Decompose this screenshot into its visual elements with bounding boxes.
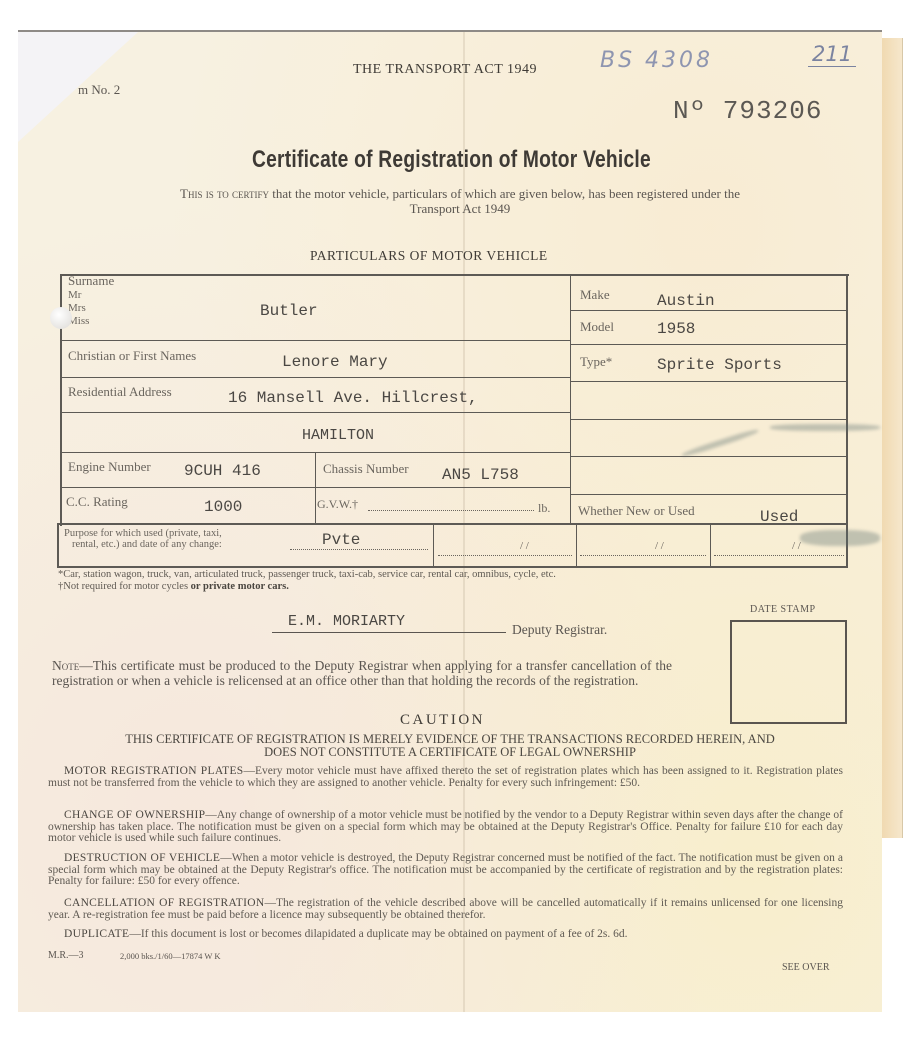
model-value: 1958 [657, 320, 695, 338]
document-title: Certificate of Registration of Motor Veh… [252, 146, 651, 174]
ink-smudge [800, 530, 880, 546]
purpose-label: Purpose for which used (private, taxi,re… [64, 528, 222, 550]
act-heading: THE TRANSPORT ACT 1949 [353, 62, 537, 78]
footnotes: *Car, station wagon, truck, van, articul… [58, 569, 556, 593]
address-label: Residential Address [68, 384, 172, 400]
cc-rating-value: 1000 [204, 498, 242, 516]
signature-line [272, 632, 506, 633]
note-text: —This certificate must be produced to th… [52, 658, 672, 688]
section-registration-plates: MOTOR REGISTRATION PLATES—Every motor ve… [48, 766, 843, 789]
caution-statement: THIS CERTIFICATE OF REGISTRATION IS MERE… [50, 733, 850, 758]
particulars-heading: PARTICULARS OF MOTOR VEHICLE [310, 248, 548, 264]
purpose-label-line1: Purpose for which used (private, taxi, [64, 528, 222, 539]
note-lead: Note [52, 658, 79, 673]
purpose-field [290, 549, 428, 550]
make-label: Make [580, 287, 610, 303]
print-run: 2,000 bks./1/60—17874 W K [120, 951, 221, 961]
first-names-label: Christian or First Names [68, 348, 196, 364]
address-line2-value: HAMILTON [302, 427, 374, 444]
chassis-number-value: AN5 L758 [442, 466, 519, 484]
type-label: Type* [580, 354, 612, 370]
certify-text: that the motor vehicle, particulars of w… [269, 186, 740, 216]
certify-lead: This is to certify [180, 186, 269, 201]
date-stamp-box [730, 620, 847, 724]
title-mr: Mr [68, 289, 81, 302]
registrar-title: Deputy Registrar. [512, 622, 607, 638]
new-or-used-label: Whether New or Used [578, 503, 695, 519]
footnote-gvw: †Not required for motor cycles or privat… [58, 581, 556, 593]
section-destruction: DESTRUCTION OF VEHICLE—When a motor vehi… [48, 853, 843, 888]
purpose-change-date-2: / / [655, 540, 664, 552]
section-cancellation: CANCELLATION OF REGISTRATION—The registr… [48, 898, 843, 921]
ink-smudge [770, 424, 880, 431]
cc-rating-label: C.C. Rating [66, 494, 128, 510]
gvw-field [368, 510, 534, 511]
serial-number: Nº 793206 [673, 96, 822, 126]
type-value: Sprite Sports [657, 356, 782, 374]
address-line1-value: 16 Mansell Ave. Hillcrest, [228, 389, 478, 407]
purpose-change-field-2 [580, 555, 706, 556]
gvw-unit: lb. [538, 501, 550, 516]
engine-number-label: Engine Number [68, 459, 151, 475]
purpose-change-date-1: / / [520, 540, 529, 552]
section-duplicate: DUPLICATE—If this document is lost or be… [48, 929, 843, 941]
section-change-ownership: CHANGE OF OWNERSHIP—Any change of owners… [48, 810, 843, 845]
form-code: M.R.—3 [48, 950, 84, 961]
see-over: SEE OVER [782, 962, 830, 973]
caution-line1: THIS CERTIFICATE OF REGISTRATION IS MERE… [50, 733, 850, 746]
form-number: m No. 2 [78, 82, 120, 98]
engine-number-value: 9CUH 416 [184, 462, 261, 480]
first-names-value: Lenore Mary [282, 353, 388, 371]
purpose-value: Pvte [322, 531, 360, 549]
date-stamp-label: DATE STAMP [750, 604, 816, 615]
purpose-label-line2: rental, etc.) and date of any change: [64, 539, 222, 550]
registrar-signature: E.M. MORIARTY [278, 612, 506, 630]
handwritten-page-number: 211 [808, 42, 856, 67]
registrar-name: E.M. MORIARTY [278, 613, 405, 630]
purpose-change-field-3 [714, 555, 844, 556]
chassis-number-label: Chassis Number [323, 461, 409, 477]
certify-statement: This is to certify that the motor vehicl… [170, 186, 750, 216]
make-value: Austin [657, 292, 715, 310]
handwritten-reference: BS 4308 [600, 48, 713, 73]
purpose-change-field-1 [438, 555, 572, 556]
surname-value: Butler [260, 302, 318, 320]
new-or-used-value: Used [760, 508, 798, 526]
purpose-change-date-3: / / [792, 540, 801, 552]
surname-label: Surname [68, 273, 114, 289]
caution-line2: DOES NOT CONSTITUTE A CERTIFICATE OF LEG… [50, 746, 850, 759]
note: Note—This certificate must be produced t… [52, 658, 672, 688]
model-label: Model [580, 319, 614, 335]
gvw-label: G.V.W.† [317, 497, 358, 512]
caution-heading: CAUTION [400, 712, 485, 729]
punch-hole [50, 307, 72, 329]
footnote-vehicle-types: *Car, station wagon, truck, van, articul… [58, 569, 556, 581]
